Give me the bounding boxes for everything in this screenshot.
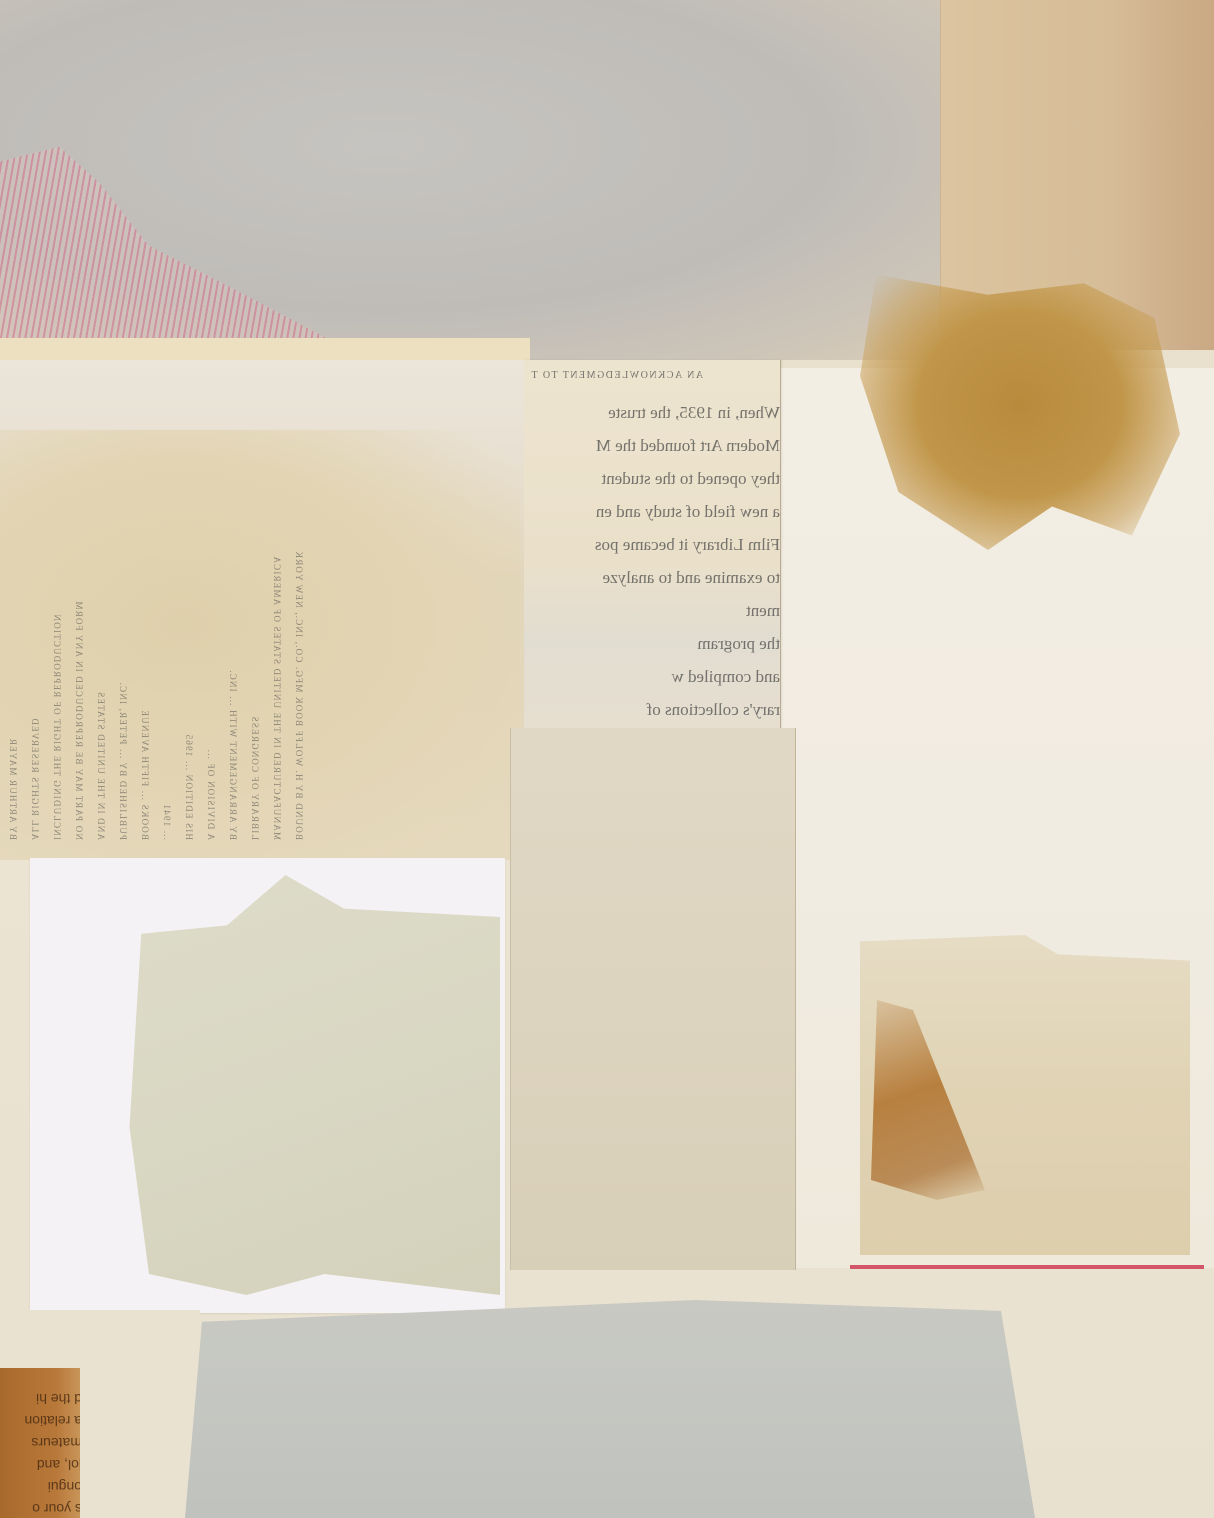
page-line: ment <box>530 601 780 634</box>
bottom-grey-paint <box>185 1300 1035 1518</box>
scrap-line: d the hi <box>24 1388 80 1410</box>
scrap-line: s your o <box>24 1498 80 1518</box>
page-line: Modern Art founded the M <box>530 436 780 469</box>
copyright-line: PUBLISHED BY ... PETER, INC. <box>112 450 134 840</box>
collage-artwork: BOUND BY H. WOLFF BOOK MFG. CO., INC., N… <box>0 0 1214 1518</box>
red-edge-line <box>850 1265 1204 1269</box>
page-line: a new field of study and en <box>530 502 780 535</box>
cream-tape-strip <box>0 338 530 362</box>
copyright-line: BY ARRANGEMENT WITH ... INC. <box>222 450 244 840</box>
copyright-line: ALL RIGHTS RESERVED <box>24 450 46 840</box>
copyright-line: MANUFACTURED IN THE UNITED STATES OF AME… <box>266 450 288 840</box>
ochre-text-scrap: s your o ongui jol, and mateurs a relati… <box>0 1368 80 1518</box>
scrap-text: s your o ongui jol, and mateurs a relati… <box>24 1388 80 1518</box>
copyright-line: ... 1941 <box>156 450 178 840</box>
page-line: When, in 1935, the truste <box>530 403 780 436</box>
copyright-line: HIS EDITION ... 1965 <box>178 450 200 840</box>
copyright-line: NO PART MAY BE REPRODUCED IN ANY FORM <box>68 450 90 840</box>
page-line: to examine and to analyze <box>530 568 780 601</box>
center-beige-panel <box>510 728 796 1270</box>
reversed-page-text: AN ACKNOWLEDGMENT TO T When, in 1935, th… <box>530 362 780 733</box>
copyright-line: A DIVISION OF ... <box>200 450 222 840</box>
copyright-line: BY ARTHUR MAYER <box>2 450 24 840</box>
copyright-line: INCLUDING THE RIGHT OF REPRODUCTION <box>46 450 68 840</box>
copyright-line: BOOKS ... FIFTH AVENUE <box>134 450 156 840</box>
page-heading: AN ACKNOWLEDGMENT TO T <box>530 362 780 403</box>
page-line: and compiled w <box>530 667 780 700</box>
scrap-line: ongui <box>24 1476 80 1498</box>
reversed-copyright-text: BOUND BY H. WOLFF BOOK MFG. CO., INC., N… <box>10 450 310 840</box>
scrap-line: mateurs <box>24 1432 80 1454</box>
page-line: they opened to the student <box>530 469 780 502</box>
scrap-line: a relation <box>24 1410 80 1432</box>
sage-paint-swath <box>110 875 500 1295</box>
copyright-line: LIBRARY OF CONGRESS <box>244 450 266 840</box>
copyright-line: AND IN THE UNITED STATES <box>90 450 112 840</box>
scrap-line: jol, and <box>24 1454 80 1476</box>
copyright-line: BOUND BY H. WOLFF BOOK MFG. CO., INC., N… <box>288 450 310 840</box>
page-line: the program <box>530 634 780 667</box>
page-line: Film Library it became pos <box>530 535 780 568</box>
